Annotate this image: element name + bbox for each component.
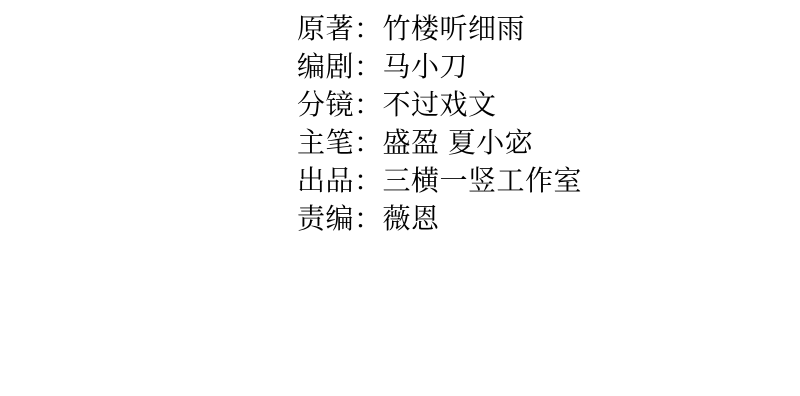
credit-role: 原著 — [297, 13, 354, 44]
credit-line-screenwriter: 编剧：马小刀 — [297, 48, 582, 86]
credit-line-editor: 责编：薇恩 — [297, 200, 582, 238]
credit-line-original-author: 原著：竹楼听细雨 — [297, 10, 582, 48]
credits-block: 原著：竹楼听细雨 编剧：马小刀 分镜：不过戏文 主笔：盛盈 夏小宓 出品：三横一… — [297, 10, 582, 238]
credit-value: 马小刀 — [383, 51, 469, 82]
credit-line-storyboard: 分镜：不过戏文 — [297, 86, 582, 124]
credit-colon: ： — [354, 89, 383, 120]
credit-colon: ： — [354, 127, 383, 158]
credit-role: 编剧 — [297, 51, 354, 82]
credit-value: 不过戏文 — [383, 89, 497, 120]
credit-colon: ： — [354, 51, 383, 82]
credit-colon: ： — [354, 203, 383, 234]
credit-role: 主笔 — [297, 127, 354, 158]
credit-value: 薇恩 — [383, 203, 440, 234]
credit-value: 三横一竖工作室 — [383, 165, 583, 196]
credit-role: 出品 — [297, 165, 354, 196]
credit-value: 盛盈 夏小宓 — [383, 127, 534, 158]
credit-role: 责编 — [297, 203, 354, 234]
credit-line-producer: 出品：三横一竖工作室 — [297, 162, 582, 200]
credit-value: 竹楼听细雨 — [383, 13, 526, 44]
credit-colon: ： — [354, 13, 383, 44]
credit-line-lead-artist: 主笔：盛盈 夏小宓 — [297, 124, 582, 162]
credit-role: 分镜 — [297, 89, 354, 120]
credit-colon: ： — [354, 165, 383, 196]
